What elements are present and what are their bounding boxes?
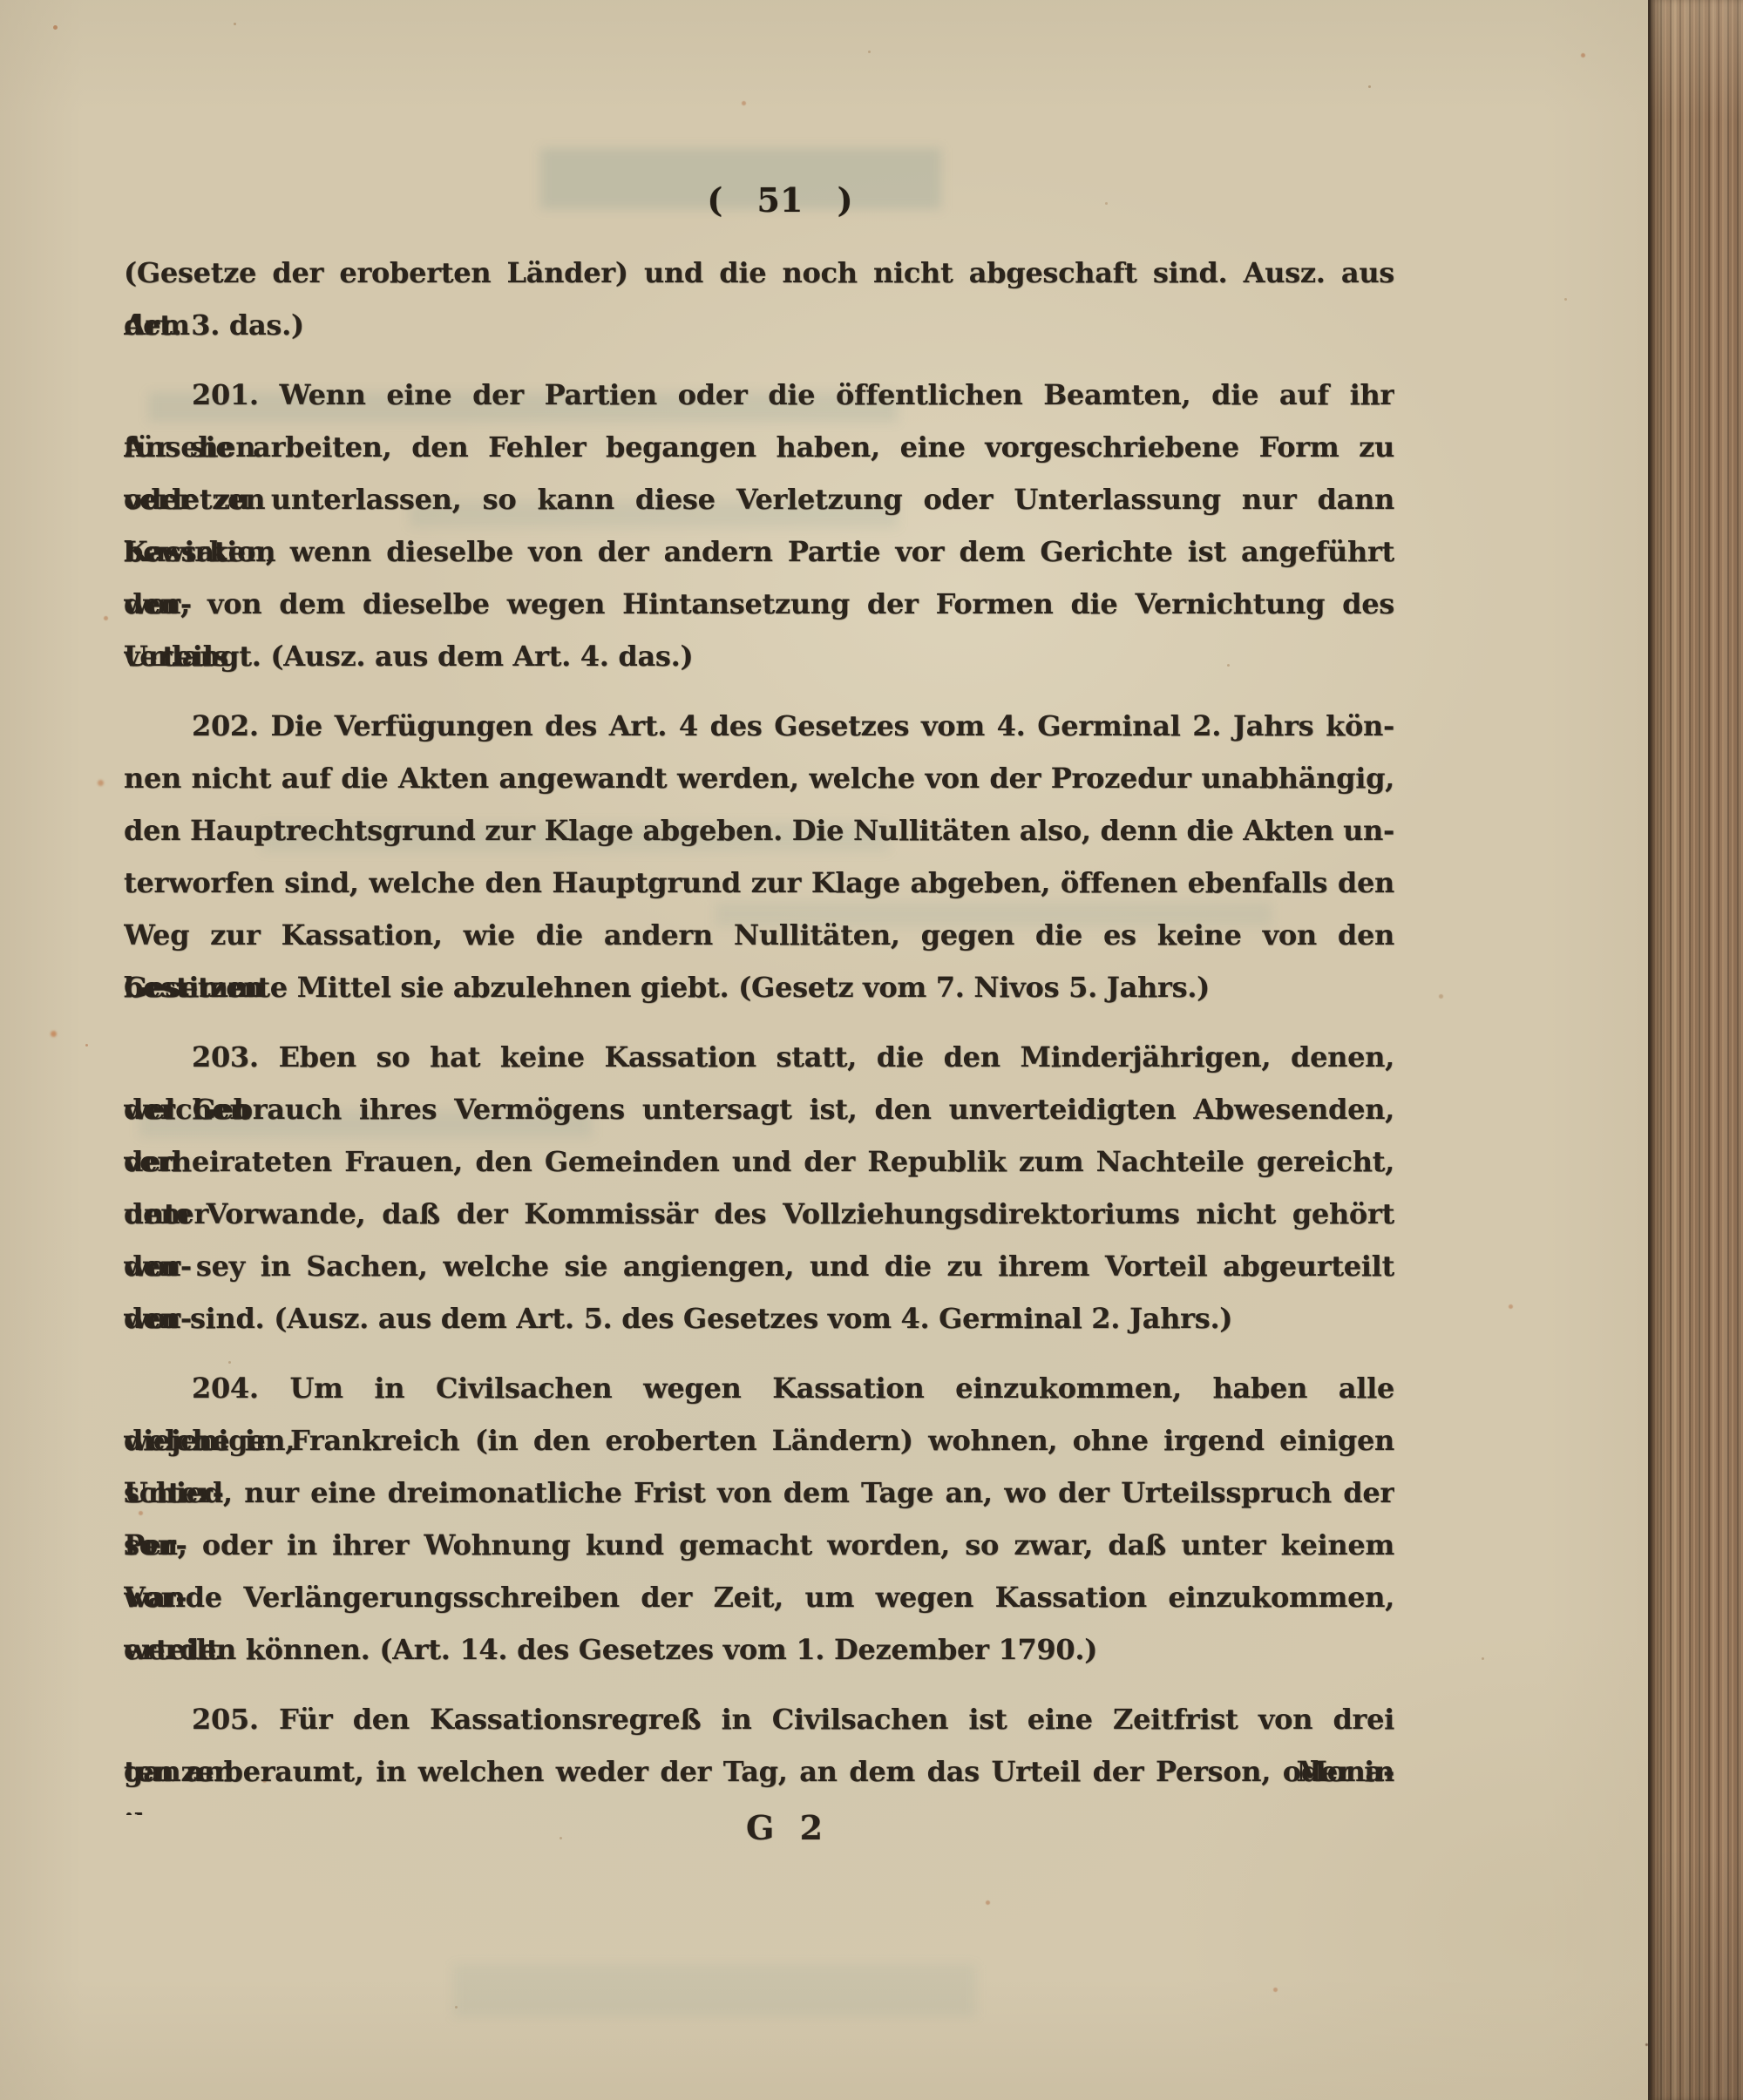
text-line: schied, nur eine dreimonatliche Frist vo… xyxy=(124,1467,1394,1519)
text-line: dem Vorwande, daß der Kommissär des Voll… xyxy=(124,1188,1394,1240)
paragraph: (Gesetze der eroberten Länder) und die n… xyxy=(124,247,1394,351)
text-line: 205. Für den Kassationsregreß in Civilsa… xyxy=(124,1693,1394,1745)
text-line: nen nicht auf die Akten angewandt werden… xyxy=(124,752,1394,804)
book-page-scan: ( 51 ) (Gesetze der eroberten Länder) un… xyxy=(0,0,1743,2100)
paper-specks xyxy=(0,0,3,3)
text-line: 202. Die Verfügungen des Art. 4 des Gese… xyxy=(124,700,1394,752)
paragraph: 201. Wenn eine der Partien oder die öffe… xyxy=(124,369,1394,682)
text-line: der Gebrauch ihres Vermögens untersagt i… xyxy=(124,1083,1394,1135)
text-line: Art. 3. das.) xyxy=(124,299,1394,351)
text-line: den, von dem dieselbe wegen Hintansetzun… xyxy=(124,578,1394,630)
text-line: welche in Frankreich (in den eroberten L… xyxy=(124,1414,1394,1467)
text-line: den sind. (Ausz. aus dem Art. 5. des Ges… xyxy=(124,1292,1394,1345)
text-line: verheirateten Frauen, den Gemeinden und … xyxy=(124,1135,1394,1188)
text-line: Weg zur Kassation, wie die andern Nullit… xyxy=(124,909,1394,961)
text-line: oder zu unterlassen, so kann diese Verle… xyxy=(124,473,1394,525)
text-line: son, oder in ihrer Wohnung kund gemacht … xyxy=(124,1519,1394,1571)
signature-mark: G 2 xyxy=(0,1802,1569,1854)
text-line: verlangt. (Ausz. aus dem Art. 4. das.) xyxy=(124,630,1394,682)
text-line: den Hauptrechtsgrund zur Klage abgeben. … xyxy=(124,804,1394,857)
paragraph: 203. Eben so hat keine Kassation statt, … xyxy=(124,1031,1394,1345)
text-line: für sie arbeiten, den Fehler begangen ha… xyxy=(124,421,1394,473)
text-block: (Gesetze der eroberten Länder) und die n… xyxy=(124,247,1394,1815)
text-line: wande Verlängerungsschreiben der Zeit, u… xyxy=(124,1571,1394,1623)
page-number-header: ( 51 ) xyxy=(0,174,1560,227)
text-line: 204. Um in Civilsachen wegen Kassation e… xyxy=(124,1362,1394,1414)
text-line: bewirken, wenn dieselbe von der andern P… xyxy=(124,525,1394,578)
text-line: ten anberaumt, in welchen weder der Tag,… xyxy=(124,1745,1394,1798)
book-fore-edge xyxy=(1648,0,1743,2100)
text-line: den sey in Sachen, welche sie angiengen,… xyxy=(124,1240,1394,1292)
text-line: 201. Wenn eine der Partien oder die öffe… xyxy=(124,369,1394,421)
text-line: 203. Eben so hat keine Kassation statt, … xyxy=(124,1031,1394,1083)
paragraph: 205. Für den Kassationsregreß in Civilsa… xyxy=(124,1693,1394,1798)
text-line: (Gesetze der eroberten Länder) und die n… xyxy=(124,247,1394,299)
text-line: terworfen sind, welche den Hauptgrund zu… xyxy=(124,857,1394,909)
paragraph: 202. Die Verfügungen des Art. 4 des Gese… xyxy=(124,700,1394,1013)
paragraph: 204. Um in Civilsachen wegen Kassation e… xyxy=(124,1362,1394,1676)
text-line: werden können. (Art. 14. des Gesetzes vo… xyxy=(124,1623,1394,1676)
text-line: bestimmte Mittel sie abzulehnen giebt. (… xyxy=(124,961,1394,1013)
